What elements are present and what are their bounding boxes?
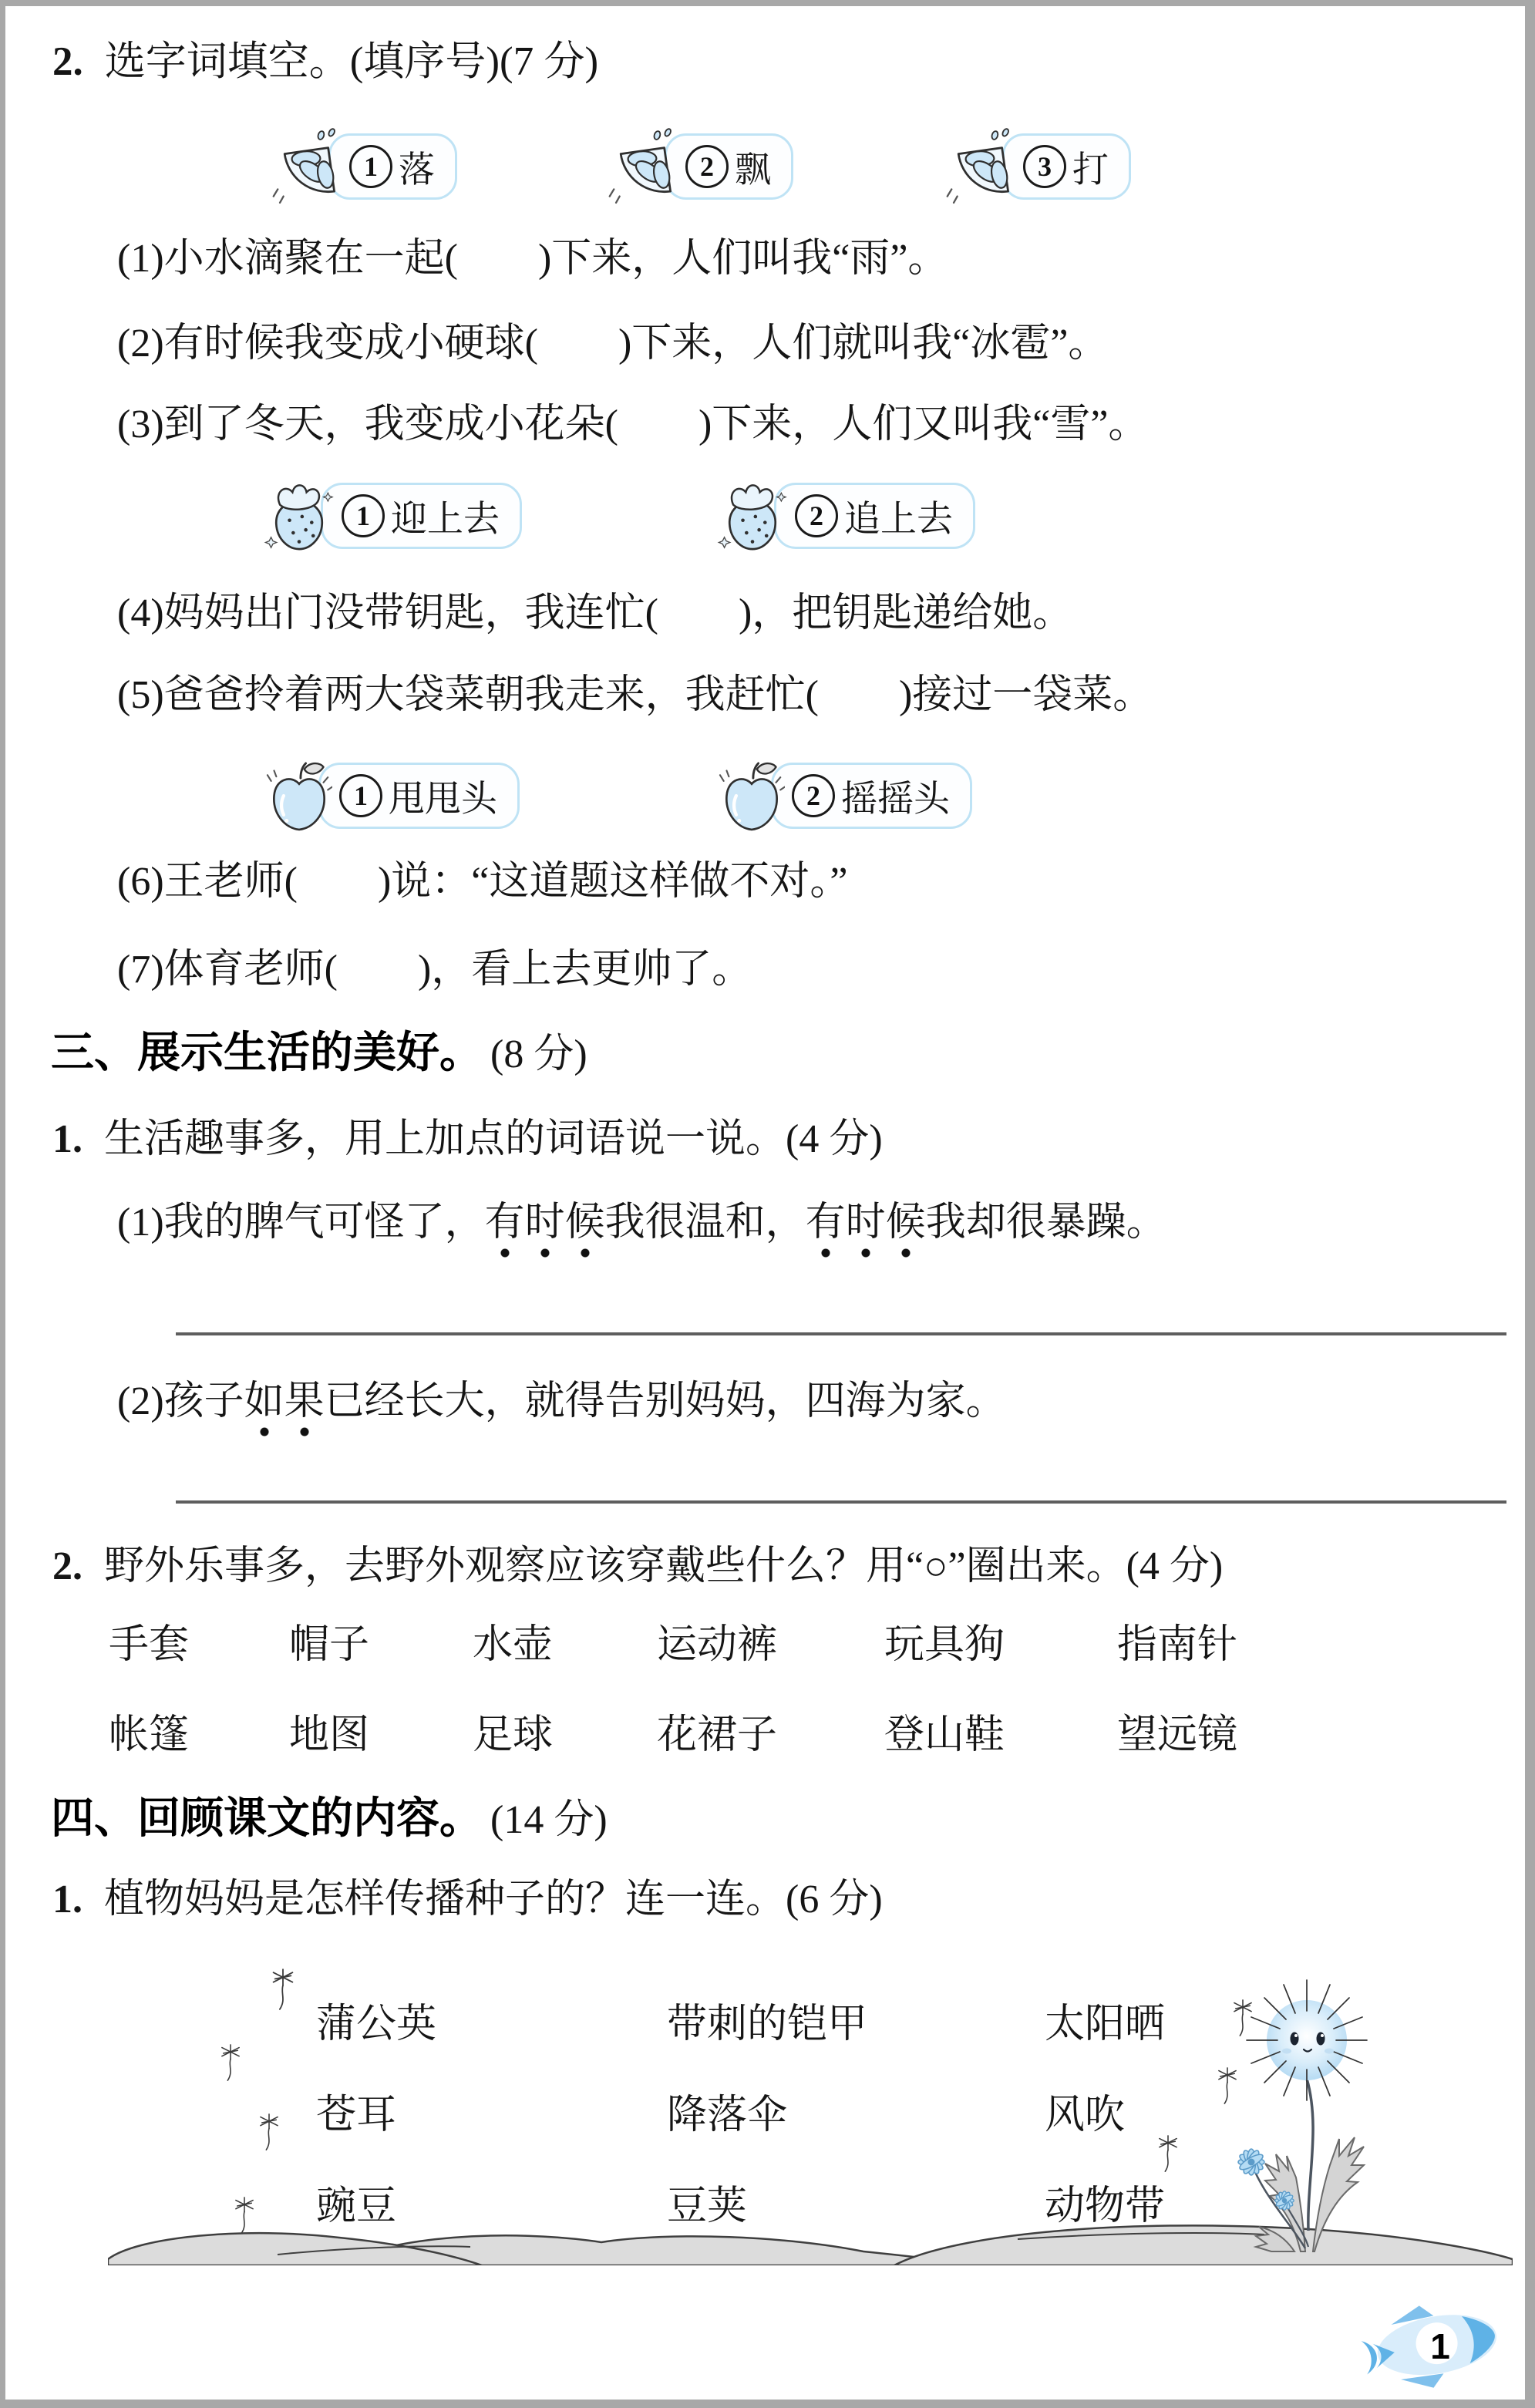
section-4-score: (14 分) [490, 1798, 608, 1842]
option-word: 追上去 [844, 490, 953, 542]
blue-flower [1238, 2149, 1265, 2176]
circled-number: 1 [339, 774, 382, 817]
strawberry-icon [264, 478, 335, 554]
word-item: 水壶 [473, 1622, 553, 1669]
option-apple-1: 1甩甩头 [266, 757, 520, 834]
question-2-text: 选字词填空。(填序号)(7 分) [105, 39, 598, 84]
word-item: 望远镜 [1117, 1713, 1237, 1759]
item-6: (6)王老师( )说：“这道题这样做不对。” [117, 859, 847, 905]
option-word: 落 [399, 141, 435, 193]
answer-line [176, 1500, 1506, 1504]
sentence-segment: 已经长大，就得告别妈妈，四海为家。 [325, 1379, 1006, 1423]
scan-edge-right [1525, 0, 1535, 2408]
match-right-item: 太阳晒 [1045, 2002, 1165, 2048]
section-3-score: (8 分) [490, 1032, 587, 1076]
sentence-segment: 我很温和， [605, 1201, 806, 1244]
scan-edge-top [0, 0, 1535, 6]
dandelion-seed-icon [268, 1968, 298, 2011]
match-middle-item: 降落伞 [667, 2093, 787, 2139]
question-number: 1. [52, 1878, 82, 1921]
option-pill: 1落 [328, 133, 457, 200]
section-3-heading: 三、展示生活的美好。(8 分) [51, 1029, 587, 1076]
item-7: (7)体育老师( )，看上去更帅了。 [117, 947, 752, 993]
option-lemon-1: 1落 [271, 128, 457, 205]
word-item: 足球 [473, 1713, 553, 1759]
word-item: 登山鞋 [884, 1713, 1005, 1759]
option-word: 迎上去 [391, 490, 500, 542]
sentence-with-dots-1: (1)我的脾气可怪了，有时候我很温和，有时候我却很暴躁。 [117, 1200, 1166, 1246]
lemon-slice-icon [271, 128, 342, 205]
section-3-question-2: 2.野外乐事多，去野外观察应该穿戴些什么？用“○”圈出来。(4 分) [52, 1544, 1223, 1590]
dandelion-illustration [1191, 1965, 1453, 2273]
question-text: 植物妈妈是怎样传播种子的？连一连。(6 分) [104, 1878, 883, 1921]
sentence-segment: (2)孩子 [117, 1379, 244, 1423]
word-item: 手套 [109, 1622, 189, 1669]
match-left-item: 蒲公英 [316, 2002, 436, 2048]
circled-number: 1 [342, 494, 385, 537]
item-5: (5)爸爸拎着两大袋菜朝我走来，我赶忙( )接过一袋菜。 [117, 672, 1153, 719]
item-1: (1)小水滴聚在一起( )下来，人们叫我“雨”。 [117, 236, 948, 282]
option-lemon-2: 2飘 [608, 128, 793, 205]
scan-edge-bottom [0, 2400, 1535, 2408]
option-word: 摇摇头 [841, 770, 950, 822]
worksheet-page: 2.选字词填空。(填序号)(7 分) 1落 2飘 3打 (1)小水滴聚在一起( … [0, 0, 1535, 2408]
option-pill: 3打 [1002, 133, 1131, 200]
section-3-title: 三、展示生活的美好。 [51, 1028, 483, 1076]
emphasized-word: 有时候 [485, 1201, 605, 1260]
question-text: 野外乐事多，去野外观察应该穿戴些什么？用“○”圈出来。(4 分) [104, 1544, 1223, 1588]
dandelion-leaf [1313, 2137, 1364, 2251]
match-middle-item: 带刺的铠甲 [667, 2002, 867, 2048]
option-pill: 1迎上去 [321, 483, 522, 549]
answer-line [176, 1332, 1506, 1335]
word-item: 运动裤 [657, 1622, 777, 1669]
option-apple-2: 2摇摇头 [719, 757, 972, 834]
item-3: (3)到了冬天，我变成小花朵( )下来，人们又叫我“雪”。 [117, 402, 1148, 448]
match-right-item: 风吹 [1045, 2093, 1125, 2139]
apple-icon [719, 757, 785, 834]
lemon-slice-icon [608, 128, 678, 205]
dandelion-seed-icon [217, 2043, 244, 2082]
option-berry-1: 1迎上去 [264, 478, 522, 554]
sentence-segment: 我却很暴躁。 [926, 1201, 1166, 1244]
option-pill: 1甩甩头 [318, 763, 520, 829]
circled-number: 3 [1023, 145, 1066, 188]
question-number: 1. [52, 1117, 82, 1161]
section-4-question-1: 1.植物妈妈是怎样传播种子的？连一连。(6 分) [52, 1877, 883, 1923]
option-word: 打 [1072, 141, 1109, 193]
emphasized-word: 如果 [244, 1379, 325, 1439]
sentence-with-dots-2: (2)孩子如果已经长大，就得告别妈妈，四海为家。 [117, 1379, 1006, 1425]
circled-number: 2 [685, 145, 729, 188]
scan-edge-left [0, 0, 5, 2408]
question-number: 2. [52, 1544, 82, 1588]
word-item: 花裙子 [657, 1713, 777, 1759]
word-item: 帽子 [289, 1622, 369, 1669]
apple-icon [266, 757, 332, 834]
match-left-item: 苍耳 [316, 2093, 396, 2139]
option-pill: 2飘 [665, 133, 793, 200]
option-word: 飘 [735, 141, 771, 193]
option-pill: 2追上去 [774, 483, 975, 549]
strawberry-icon [717, 478, 788, 554]
question-2-number: 2. [52, 39, 83, 84]
word-item: 指南针 [1117, 1622, 1237, 1669]
lemon-slice-icon [945, 128, 1016, 205]
option-berry-2: 2追上去 [717, 478, 975, 554]
question-text: 生活趣事多，用上加点的词语说一说。(4 分) [104, 1117, 883, 1161]
page-number: 1 [1417, 2325, 1463, 2367]
item-2: (2)有时候我变成小硬球( )下来，人们就叫我“冰雹”。 [117, 321, 1108, 367]
word-item: 地图 [289, 1713, 369, 1759]
word-item: 玩具狗 [884, 1622, 1005, 1669]
item-4: (4)妈妈出门没带钥匙，我连忙( )，把钥匙递给她。 [117, 591, 1072, 637]
dandelion-seed-icon [256, 2113, 282, 2151]
circled-number: 1 [349, 145, 392, 188]
word-item: 帐篷 [109, 1713, 189, 1759]
dandelion-leaf [1256, 2227, 1294, 2251]
option-lemon-3: 3打 [945, 128, 1131, 205]
sentence-segment: (1)我的脾气可怪了， [117, 1201, 485, 1244]
section-3-question-1: 1.生活趣事多，用上加点的词语说一说。(4 分) [52, 1116, 883, 1163]
dandelion-stem [1307, 2079, 1313, 2231]
section-4-title: 四、回顾课文的内容。 [51, 1793, 483, 1842]
question-2-title: 2.选字词填空。(填序号)(7 分) [52, 39, 598, 86]
circled-number: 2 [795, 494, 838, 537]
section-4-heading: 四、回顾课文的内容。(14 分) [51, 1794, 608, 1842]
dandelion-seed-icon [1155, 2134, 1181, 2173]
emphasized-word: 有时候 [806, 1201, 926, 1260]
option-pill: 2摇摇头 [771, 763, 972, 829]
option-word: 甩甩头 [389, 770, 497, 822]
circled-number: 2 [792, 774, 835, 817]
